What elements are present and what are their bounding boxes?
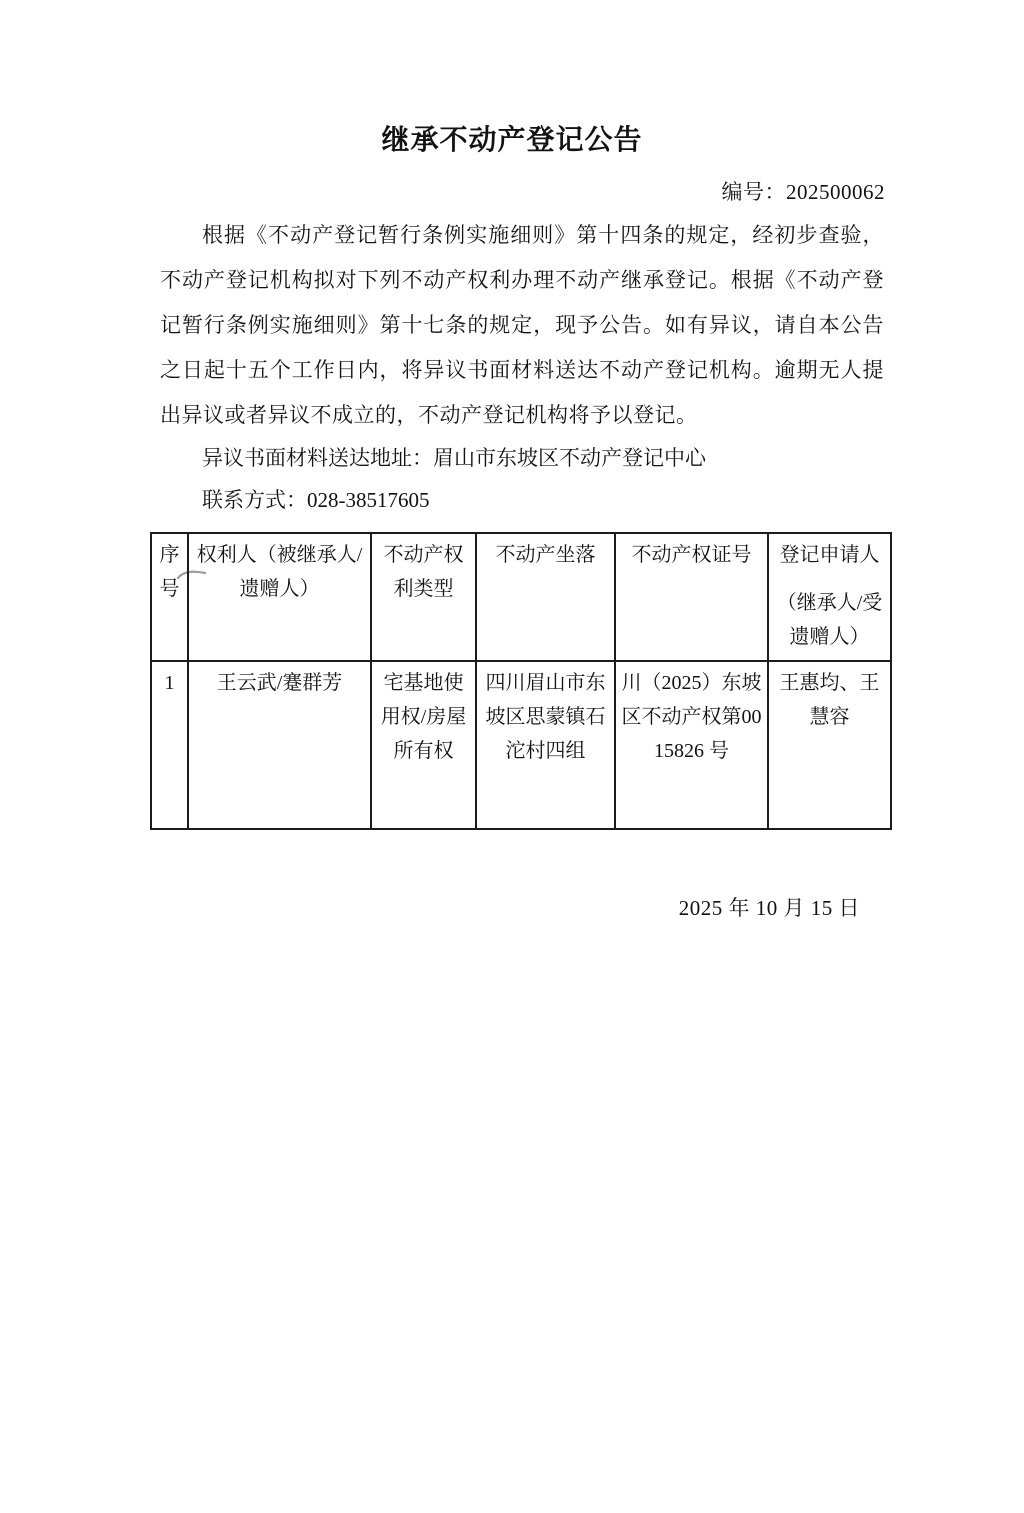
cell-cert-no: 川（2025）东坡区不动产权第0015826 号 xyxy=(615,661,768,829)
cell-owner: 王云武/蹇群芳 xyxy=(188,661,371,829)
contact-label: 联系方式： xyxy=(202,488,307,512)
header-location: 不动产坐落 xyxy=(476,533,615,661)
doc-number-value: 202500062 xyxy=(786,180,885,204)
header-seq: 序号 xyxy=(151,533,188,661)
objection-address-label: 异议书面材料送达地址： xyxy=(202,446,433,470)
header-owner: 权利人（被继承人/遗赠人） xyxy=(188,533,371,661)
header-cert-no: 不动产权证号 xyxy=(615,533,768,661)
header-applicant: 登记申请人 （继承人/受遗赠人） xyxy=(768,533,891,661)
doc-number-label: 编号： xyxy=(722,180,787,204)
cell-right-type: 宅基地使用权/房屋所有权 xyxy=(371,661,476,829)
notice-body-paragraph: 根据《不动产登记暂行条例实施细则》第十四条的规定，经初步查验，不动产登记机构拟对… xyxy=(160,213,884,438)
cell-seq: 1 xyxy=(151,661,188,829)
header-applicant-main: 登记申请人 xyxy=(773,538,886,572)
objection-address-value: 眉山市东坡区不动产登记中心 xyxy=(433,446,706,470)
contact-line: 联系方式：028-38517605 xyxy=(160,478,884,523)
issue-date: 2025 年 10 月 15 日 xyxy=(679,892,860,922)
cell-applicants: 王惠均、王慧容 xyxy=(768,661,891,829)
cell-location: 四川眉山市东坡区思蒙镇石沱村四组 xyxy=(476,661,615,829)
table-row: 1 王云武/蹇群芳 宅基地使用权/房屋所有权 四川眉山市东坡区思蒙镇石沱村四组 … xyxy=(151,661,891,829)
header-applicant-sub: （继承人/受遗赠人） xyxy=(773,586,886,654)
doc-number-line: 编号：202500062 xyxy=(722,176,886,206)
registration-table: 序号 权利人（被继承人/遗赠人） 不动产权利类型 不动产坐落 不动产权证号 登记… xyxy=(150,532,892,830)
page-title: 继承不动产登记公告 xyxy=(0,118,1024,158)
header-right-type: 不动产权利类型 xyxy=(371,533,476,661)
table-header-row: 序号 权利人（被继承人/遗赠人） 不动产权利类型 不动产坐落 不动产权证号 登记… xyxy=(151,533,891,661)
contact-value: 028-38517605 xyxy=(307,488,430,512)
document-page: 继承不动产登记公告 编号：202500062 根据《不动产登记暂行条例实施细则》… xyxy=(0,0,1024,1513)
objection-address-line: 异议书面材料送达地址：眉山市东坡区不动产登记中心 xyxy=(160,436,884,481)
